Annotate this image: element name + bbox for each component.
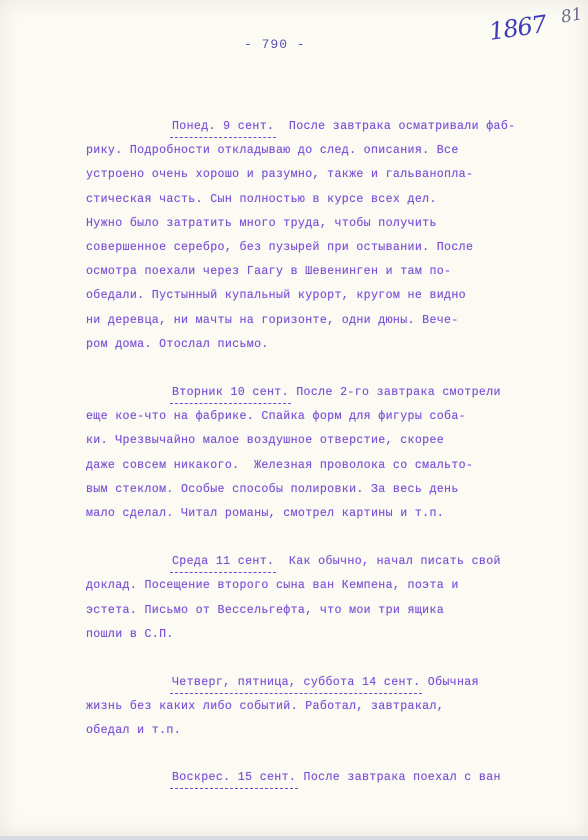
entry-line: жизнь без каких либо событий. Работал, з… (86, 695, 582, 719)
entry-line: вым стеклом. Особые способы полировки. З… (86, 478, 582, 502)
entry-first-line: Понед. 9 сент. После завтрака осматривал… (142, 115, 582, 139)
entry-date: Среда 11 сент. (172, 555, 274, 568)
entry-line: рику. Подробности откладываю до след. оп… (86, 139, 582, 163)
entry-first-line: Вторник 10 сент. После 2-го завтрака смо… (142, 381, 582, 405)
entry-date: Понед. 9 сент. (172, 120, 274, 133)
entry-first-line: Среда 11 сент. Как обычно, начал писать … (142, 550, 582, 574)
handwritten-folio-number: 81 (559, 4, 584, 27)
entry-line: стическая часть. Сын полностью в курсе в… (86, 188, 582, 212)
entry-line: совершенное серебро, без пузырей при ост… (86, 236, 582, 260)
diary-entry: Среда 11 сент. Как обычно, начал писать … (142, 550, 582, 647)
page-number: - 790 - (244, 37, 306, 52)
handwritten-year-annotation: 1867 (487, 10, 547, 46)
entry-first-line: Четверг, пятница, суббота 14 сент. Обычн… (142, 671, 582, 695)
entry-line: устроено очень хорошо и разумно, также и… (86, 163, 582, 187)
entry-line: мало сделал. Читал романы, смотрел карти… (86, 502, 582, 526)
entry-first-line: Воскрес. 15 сент. После завтрака поехал … (142, 766, 582, 790)
entry-line: ки. Чрезвычайно малое воздушное отверсти… (86, 429, 582, 453)
entry-line: даже совсем никакого. Железная проволока… (86, 454, 582, 478)
entry-line: эстета. Письмо от Вессельгефта, что мои … (86, 599, 582, 623)
entry-date: Воскрес. 15 сент. (172, 771, 296, 784)
entry-text: После завтрака осматривали фаб- (274, 120, 515, 133)
diary-entries: Понед. 9 сент. После завтрака осматривал… (142, 115, 582, 790)
diary-entry: Четверг, пятница, суббота 14 сент. Обычн… (142, 671, 582, 744)
document-page: 1867 81 - 790 - Понед. 9 сент. После зав… (0, 0, 588, 836)
entry-text: Обычная (420, 676, 478, 689)
entry-line: ром дома. Отослал письмо. (86, 333, 582, 357)
entry-line: ни деревца, ни мачты на горизонте, одни … (86, 309, 582, 333)
entry-line: еще кое-что на фабрике. Спайка форм для … (86, 405, 582, 429)
entry-line: осмотра поехали через Гаагу в Шевенинген… (86, 260, 582, 284)
entry-date: Четверг, пятница, суббота 14 сент. (172, 676, 420, 689)
scan-bottom-edge (0, 836, 588, 840)
entry-line: Нужно было затратить много труда, чтобы … (86, 212, 582, 236)
diary-entry: Вторник 10 сент. После 2-го завтрака смо… (142, 381, 582, 526)
entry-line: обедал и т.п. (86, 719, 582, 743)
entry-line: доклад. Посещение второго сына ван Кемпе… (86, 574, 582, 598)
entry-line: пошли в С.П. (86, 623, 582, 647)
diary-entry: Понед. 9 сент. После завтрака осматривал… (142, 115, 582, 357)
entry-line: обедали. Пустынный купальный курорт, кру… (86, 284, 582, 308)
entry-text: Как обычно, начал писать свой (274, 555, 501, 568)
entry-text: После завтрака поехал с ван (296, 771, 501, 784)
entry-date: Вторник 10 сент. (172, 386, 289, 399)
diary-entry: Воскрес. 15 сент. После завтрака поехал … (142, 766, 582, 790)
entry-text: После 2-го завтрака смотрели (289, 386, 501, 399)
